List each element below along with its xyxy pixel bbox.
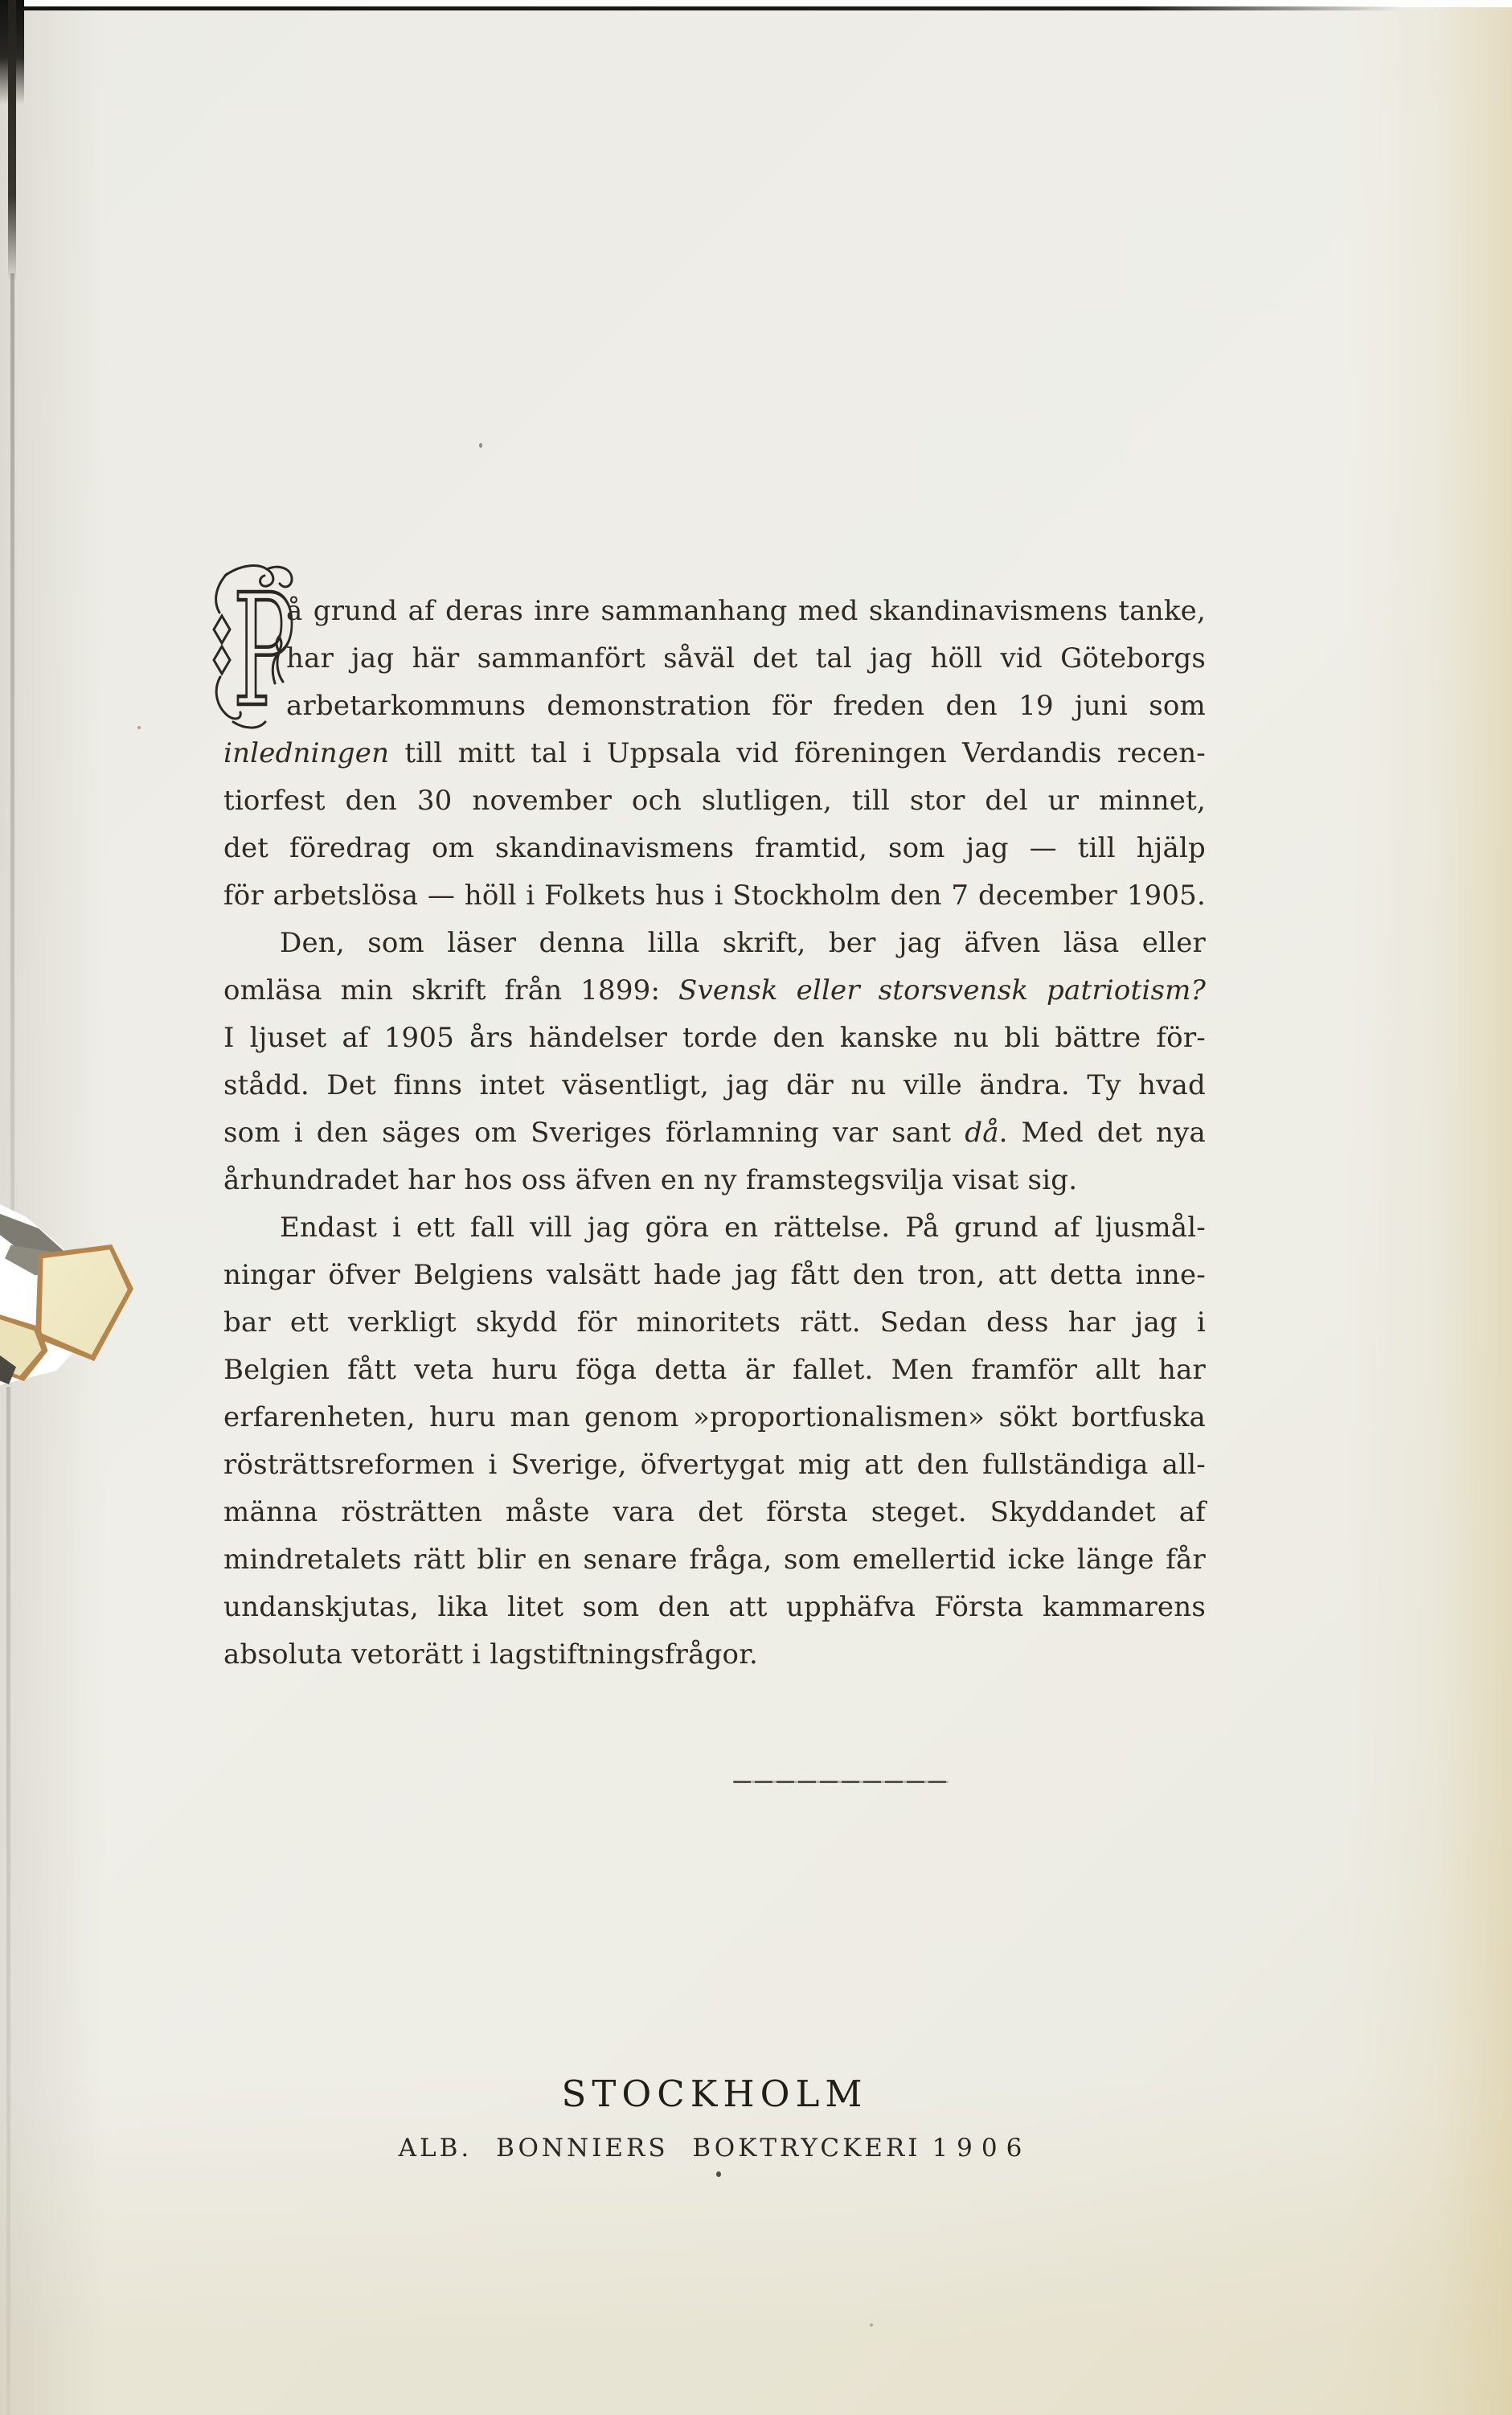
text-line: å grund af deras inre sammanhang med ska…	[223, 588, 1206, 635]
text-line: mindretalets rätt blir en senare fråga, …	[223, 1536, 1206, 1584]
imprint-printer: ALB. BONNIERS BOKTRYCKERI	[399, 2134, 921, 2163]
text-line: som i den säges om Sveriges förlamning v…	[223, 1109, 1206, 1157]
text-line: stådd. Det finns intet väsentligt, jag d…	[223, 1062, 1206, 1109]
ink-speck	[137, 726, 141, 729]
text-line: har jag här sammanfört såväl det tal jag…	[223, 635, 1206, 683]
text-line: absoluta vetorätt i lagstiftningsfrågor.	[223, 1631, 1206, 1679]
text-line: I ljuset af 1905 års händelser torde den…	[223, 1015, 1206, 1062]
paragraph-lines: å grund af deras inre sammanhang med ska…	[223, 588, 1206, 1679]
text-line: Endast i ett fall vill jag göra en rätte…	[223, 1204, 1206, 1252]
text-line: århundradet har hos oss äfven en ny fram…	[223, 1157, 1206, 1204]
page-left-edge-faint	[10, 273, 14, 1222]
imprint-city: STOCKHOLM	[223, 2073, 1206, 2115]
text-line: Den, som läser denna lilla skrift, ber j…	[223, 920, 1206, 967]
page-left-edge-faint-lower	[6, 1387, 10, 2415]
text-line: ningar öfver Belgiens valsätt hade jag f…	[223, 1252, 1206, 1299]
text-line: tiorfest den 30 november och slutligen, …	[223, 777, 1206, 825]
text-line: för arbetslösa — höll i Folkets hus i St…	[223, 872, 1206, 920]
text-line: Belgien fått veta huru föga detta är fal…	[223, 1347, 1206, 1394]
text-line: männa rösträtten måste vara det första s…	[223, 1489, 1206, 1536]
page-top-edge-line	[18, 6, 1416, 10]
page-left-edge-line	[8, 0, 16, 281]
text-line: inledningen till mitt tal i Uppsala vid …	[223, 730, 1206, 777]
text-line: rösträttsreformen i Sverige, öfvertygat …	[223, 1441, 1206, 1489]
section-divider-rule	[733, 1781, 949, 1783]
text-line: bar ett verkligt skydd för minoritets rä…	[223, 1299, 1206, 1347]
text-line: undanskjutas, lika litet som den att upp…	[223, 1584, 1206, 1631]
text-line: omläsa min skrift från 1899: Svensk elle…	[223, 967, 1206, 1015]
ink-speck	[479, 443, 482, 448]
ink-speck	[716, 2171, 721, 2177]
text-line: erfarenheten, huru man genom »proportion…	[223, 1394, 1206, 1441]
imprint-printer-line: ALB. BONNIERS BOKTRYCKERI1906	[223, 2134, 1206, 2163]
text-line: det föredrag om skandinavismens framtid,…	[223, 825, 1206, 872]
scanned-book-page: P å grund af deras inre sammanhang med s…	[0, 0, 1512, 2415]
ink-speck	[1015, 1180, 1018, 1183]
text-line: arbetarkommuns demonstration för freden …	[223, 683, 1206, 730]
imprint-year: 1906	[920, 2134, 1031, 2163]
ink-speck	[870, 2323, 873, 2327]
